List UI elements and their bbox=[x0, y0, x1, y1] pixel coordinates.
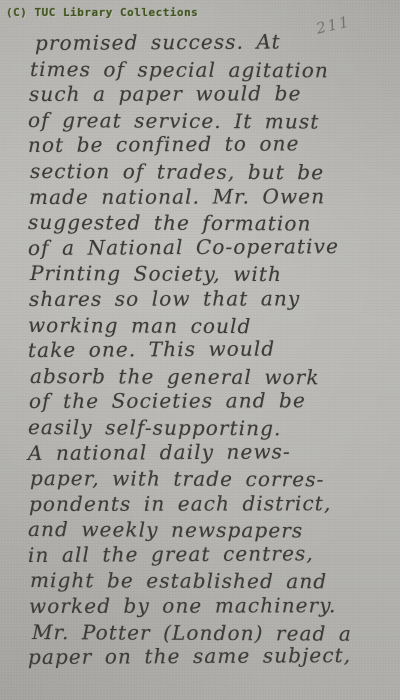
handwritten-line: section of trades, but be bbox=[30, 159, 398, 186]
handwritten-text-block: promised success. At times of special ag… bbox=[28, 31, 396, 671]
handwritten-line: Printing Society, with bbox=[30, 261, 398, 288]
handwritten-line: in all the great centres, bbox=[28, 541, 396, 569]
handwritten-line: pondents in each district, bbox=[29, 491, 397, 518]
handwritten-line: A national daily news- bbox=[28, 438, 396, 466]
handwritten-line: absorb the general work bbox=[30, 364, 398, 391]
handwritten-line: shares so low that any bbox=[29, 286, 397, 313]
handwritten-line: promised success. At bbox=[35, 29, 396, 57]
handwritten-line: paper on the same subject, bbox=[28, 643, 396, 671]
handwritten-line: take one. This would bbox=[28, 336, 396, 364]
handwritten-line: worked by one machinery. bbox=[29, 593, 397, 620]
handwritten-line: paper, with trade corres- bbox=[30, 466, 398, 493]
handwritten-line: of a National Co-operative bbox=[28, 234, 396, 262]
library-watermark: (C) TUC Library Collections bbox=[6, 6, 198, 19]
handwritten-line: might be established and bbox=[30, 568, 398, 595]
handwritten-line: of the Societies and be bbox=[29, 388, 397, 415]
handwritten-line: such a paper would be bbox=[29, 81, 397, 108]
handwritten-line: made national. Mr. Owen bbox=[29, 184, 397, 211]
scanned-manuscript-page: (C) TUC Library Collections 211 promised… bbox=[0, 0, 400, 700]
handwritten-line: times of special agitation bbox=[30, 57, 398, 84]
handwritten-line: not be confined to one bbox=[28, 131, 396, 159]
